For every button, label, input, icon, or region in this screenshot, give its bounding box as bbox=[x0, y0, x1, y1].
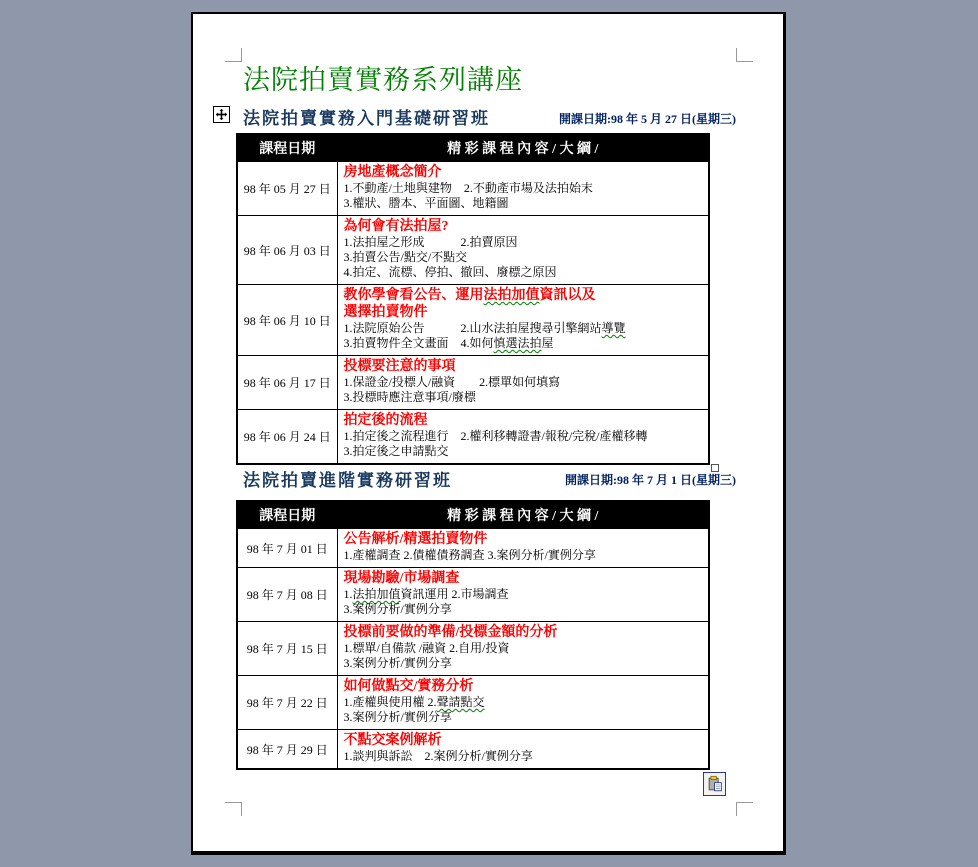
spellcheck-wavy-text: 法拍加值 bbox=[484, 288, 540, 303]
text-segment: 1.產權調查 2.債權債務調查 3.案例分析/實例分享 bbox=[344, 548, 596, 562]
margin-crop-mark-top-left bbox=[225, 48, 242, 62]
course-content: 教你學會看公告、運用法拍加值資訊以及選擇拍賣物件1.法院原始公告 2.山水法拍屋… bbox=[337, 285, 709, 356]
column-header-date: 課程日期 bbox=[237, 501, 337, 529]
course-outline-line: 3.拍賣公告/點交/不點交 bbox=[344, 250, 703, 265]
course-outline-line: 1.法拍屋之形成 2.拍賣原因 bbox=[344, 235, 703, 250]
course-date: 98 年 7 月 29 日 bbox=[237, 730, 337, 770]
course-row: 98 年 06 月 10 日教你學會看公告、運用法拍加值資訊以及選擇拍賣物件1.… bbox=[237, 285, 709, 356]
course-table-basic-wrap: 課程日期 精 彩 課 程 內 容 / 大 綱 / 98 年 05 月 27 日房… bbox=[236, 133, 710, 465]
course-row: 98 年 06 月 03 日為何會有法拍屋?1.法拍屋之形成 2.拍賣原因3.拍… bbox=[237, 216, 709, 285]
text-segment: 資訊運用 2.市場調查 bbox=[401, 587, 509, 601]
spellcheck-wavy-text: 聲請點交 bbox=[437, 695, 485, 709]
table-header-row: 課程日期 精 彩 課 程 內 容 / 大 綱 / bbox=[237, 501, 709, 529]
course-outline-line: 1.標單/自備款 /融資 2.自用/投資 bbox=[344, 641, 703, 656]
text-segment: 為何會有法拍屋? bbox=[344, 219, 449, 234]
course-date: 98 年 06 月 10 日 bbox=[237, 285, 337, 356]
table-move-handle[interactable] bbox=[213, 106, 230, 123]
course-outline-line: 3.拍賣物件全文畫面 4.如何慎選法拍屋 bbox=[344, 336, 703, 351]
column-header-content: 精 彩 課 程 內 容 / 大 綱 / bbox=[337, 501, 709, 529]
course-title: 投標前要做的準備/投標金額的分析 bbox=[344, 624, 703, 641]
course-row: 98 年 7 月 01 日公告解析/精選拍賣物件1.產權調查 2.債權債務調查 … bbox=[237, 529, 709, 568]
course-content: 公告解析/精選拍賣物件1.產權調查 2.債權債務調查 3.案例分析/實例分享 bbox=[337, 529, 709, 568]
course-date: 98 年 7 月 08 日 bbox=[237, 568, 337, 622]
section2-heading: 法院拍賣進階實務研習班 bbox=[243, 466, 452, 491]
move-cross-icon bbox=[215, 108, 228, 121]
text-segment: 不點交案例解析 bbox=[344, 733, 442, 748]
text-segment: 1.法院原始公告 2.山水法拍屋搜尋引擎網站 bbox=[344, 321, 602, 335]
text-segment: 1.不動產/土地與建物 2.不動產市場及法拍始末 bbox=[344, 181, 593, 195]
course-date: 98 年 7 月 01 日 bbox=[237, 529, 337, 568]
course-outline-line: 3.案例分析/實例分享 bbox=[344, 656, 703, 671]
text-segment: 1.拍定後之流程進行 2.權利移轉證書/報稅/完稅/產權移轉 bbox=[344, 429, 648, 443]
document-title: 法院拍賣實務系列講座 bbox=[243, 58, 523, 97]
text-segment: 教你學會看公告、運用 bbox=[344, 288, 484, 303]
table-header-row: 課程日期 精 彩 課 程 內 容 / 大 綱 / bbox=[237, 134, 709, 162]
section1-heading: 法院拍賣實務入門基礎研習班 bbox=[243, 104, 490, 129]
course-content: 為何會有法拍屋?1.法拍屋之形成 2.拍賣原因3.拍賣公告/點交/不點交4.拍定… bbox=[337, 216, 709, 285]
course-outline-line: 1.法拍加值資訊運用 2.市場調查 bbox=[344, 587, 703, 602]
text-segment: 房地產概念簡介 bbox=[344, 165, 442, 180]
text-segment: 1.標單/自備款 /融資 2.自用/投資 bbox=[344, 641, 510, 655]
course-title: 投標要注意的事項 bbox=[344, 358, 703, 375]
course-content: 投標前要做的準備/投標金額的分析1.標單/自備款 /融資 2.自用/投資3.案例… bbox=[337, 622, 709, 676]
margin-crop-mark-bottom-right bbox=[736, 802, 753, 816]
course-date: 98 年 06 月 17 日 bbox=[237, 356, 337, 410]
course-date: 98 年 7 月 22 日 bbox=[237, 676, 337, 730]
document-canvas: 法院拍賣實務系列講座 法院拍賣實務入門基礎研習班 開課日期:98 年 5 月 2… bbox=[0, 0, 978, 867]
course-table-basic: 課程日期 精 彩 課 程 內 容 / 大 綱 / 98 年 05 月 27 日房… bbox=[236, 133, 710, 465]
course-content: 投標要注意的事項1.保證金/投標人/融資 2.標單如何填寫3.投標時應注意事項/… bbox=[337, 356, 709, 410]
course-table-advanced-wrap: 課程日期 精 彩 課 程 內 容 / 大 綱 / 98 年 7 月 01 日公告… bbox=[236, 500, 710, 770]
text-segment: 1.談判與訴訟 2.案例分析/實例分享 bbox=[344, 749, 533, 763]
course-title: 如何做點交/實務分析 bbox=[344, 678, 703, 695]
course-row: 98 年 7 月 08 日現場勘驗/市場調查1.法拍加值資訊運用 2.市場調查3… bbox=[237, 568, 709, 622]
column-header-content: 精 彩 課 程 內 容 / 大 綱 / bbox=[337, 134, 709, 162]
course-title: 現場勘驗/市場調查 bbox=[344, 570, 703, 587]
course-title: 為何會有法拍屋? bbox=[344, 218, 703, 235]
spellcheck-wavy-text: 法拍加值 bbox=[353, 587, 401, 601]
course-row: 98 年 7 月 15 日投標前要做的準備/投標金額的分析1.標單/自備款 /融… bbox=[237, 622, 709, 676]
text-segment: 資訊以及 bbox=[540, 288, 596, 303]
text-segment: 3.案例分析/實例分享 bbox=[344, 602, 452, 616]
course-table-advanced: 課程日期 精 彩 課 程 內 容 / 大 綱 / 98 年 7 月 01 日公告… bbox=[236, 500, 710, 770]
text-segment: 1.產權與使用權 2. bbox=[344, 695, 437, 709]
course-row: 98 年 06 月 24 日拍定後的流程1.拍定後之流程進行 2.權利移轉證書/… bbox=[237, 410, 709, 465]
text-segment: 3.拍賣公告/點交/不點交 bbox=[344, 250, 468, 264]
course-title: 教你學會看公告、運用法拍加值資訊以及選擇拍賣物件 bbox=[344, 287, 703, 321]
course-date: 98 年 05 月 27 日 bbox=[237, 162, 337, 216]
course-row: 98 年 06 月 17 日投標要注意的事項1.保證金/投標人/融資 2.標單如… bbox=[237, 356, 709, 410]
course-content: 如何做點交/實務分析1.產權與使用權 2.聲請點交3.案例分析/實例分享 bbox=[337, 676, 709, 730]
text-segment: 3.拍定後之申請點交 bbox=[344, 444, 449, 458]
course-outline-line: 3.投標時應注意事項/廢標 bbox=[344, 390, 703, 405]
course-content: 現場勘驗/市場調查1.法拍加值資訊運用 2.市場調查3.案例分析/實例分享 bbox=[337, 568, 709, 622]
text-segment: 3.拍賣物件全文畫面 4.如何 bbox=[344, 336, 494, 350]
section1-start-date: 開課日期:98 年 5 月 27 日(星期三) bbox=[559, 110, 736, 127]
course-outline-line: 4.拍定、流標、停拍、撤回、廢標之原因 bbox=[344, 265, 703, 280]
course-outline-line: 3.案例分析/實例分享 bbox=[344, 602, 703, 617]
text-segment: 1. bbox=[344, 587, 353, 601]
spellcheck-wavy-text: 慎選法拍 bbox=[494, 336, 542, 350]
course-title: 拍定後的流程 bbox=[344, 412, 703, 429]
text-segment: 拍定後的流程 bbox=[344, 413, 428, 428]
course-content: 拍定後的流程1.拍定後之流程進行 2.權利移轉證書/報稅/完稅/產權移轉3.拍定… bbox=[337, 410, 709, 465]
course-content: 房地產概念簡介1.不動產/土地與建物 2.不動產市場及法拍始末3.權狀、謄本、平… bbox=[337, 162, 709, 216]
course-outline-line: 1.拍定後之流程進行 2.權利移轉證書/報稅/完稅/產權移轉 bbox=[344, 429, 703, 444]
course-date: 98 年 7 月 15 日 bbox=[237, 622, 337, 676]
course-content: 不點交案例解析1.談判與訴訟 2.案例分析/實例分享 bbox=[337, 730, 709, 770]
text-segment: 現場勘驗/市場調查 bbox=[344, 571, 460, 586]
course-outline-line: 3.拍定後之申請點交 bbox=[344, 444, 703, 459]
clipboard-paste-icon bbox=[706, 775, 724, 793]
text-segment: 1.法拍屋之形成 2.拍賣原因 bbox=[344, 235, 518, 249]
text-segment: 投標前要做的準備/投標金額的分析 bbox=[344, 625, 558, 640]
course-row: 98 年 7 月 29 日不點交案例解析1.談判與訴訟 2.案例分析/實例分享 bbox=[237, 730, 709, 770]
text-segment: 3.案例分析/實例分享 bbox=[344, 656, 452, 670]
text-segment: 選擇拍賣物件 bbox=[344, 305, 428, 320]
course-title: 公告解析/精選拍賣物件 bbox=[344, 531, 703, 548]
text-segment: 3.投標時應注意事項/廢標 bbox=[344, 390, 476, 404]
course-outline-line: 1.法院原始公告 2.山水法拍屋搜尋引擎網站導覽 bbox=[344, 321, 703, 336]
text-segment: 4.拍定、流標、停拍、撤回、廢標之原因 bbox=[344, 265, 557, 279]
course-outline-line: 1.不動產/土地與建物 2.不動產市場及法拍始末 bbox=[344, 181, 703, 196]
course-outline-line: 1.談判與訴訟 2.案例分析/實例分享 bbox=[344, 749, 703, 764]
course-outline-line: 1.保證金/投標人/融資 2.標單如何填寫 bbox=[344, 375, 703, 390]
section2-start-date: 開課日期:98 年 7 月 1 日(星期三) bbox=[565, 471, 736, 488]
text-segment: 3.案例分析/實例分享 bbox=[344, 710, 452, 724]
document-page: 法院拍賣實務系列講座 法院拍賣實務入門基礎研習班 開課日期:98 年 5 月 2… bbox=[191, 12, 786, 855]
margin-crop-mark-bottom-left bbox=[225, 802, 242, 816]
course-date: 98 年 06 月 24 日 bbox=[237, 410, 337, 465]
text-segment: 1.保證金/投標人/融資 2.標單如何填寫 bbox=[344, 375, 561, 389]
text-segment: 公告解析/精選拍賣物件 bbox=[344, 532, 488, 547]
course-row: 98 年 05 月 27 日房地產概念簡介1.不動產/土地與建物 2.不動產市場… bbox=[237, 162, 709, 216]
course-title: 不點交案例解析 bbox=[344, 732, 703, 749]
text-segment: 3.權狀、謄本、平面圖、地籍圖 bbox=[344, 196, 509, 210]
course-date: 98 年 06 月 03 日 bbox=[237, 216, 337, 285]
course-outline-line: 3.權狀、謄本、平面圖、地籍圖 bbox=[344, 196, 703, 211]
course-title: 房地產概念簡介 bbox=[344, 164, 703, 181]
text-segment: 如何做點交/實務分析 bbox=[344, 679, 474, 694]
course-row: 98 年 7 月 22 日如何做點交/實務分析1.產權與使用權 2.聲請點交3.… bbox=[237, 676, 709, 730]
text-segment: 屋 bbox=[542, 336, 554, 350]
column-header-date: 課程日期 bbox=[237, 134, 337, 162]
course-outline-line: 1.產權調查 2.債權債務調查 3.案例分析/實例分享 bbox=[344, 548, 703, 563]
margin-crop-mark-top-right bbox=[736, 48, 753, 62]
paste-options-button[interactable] bbox=[703, 772, 726, 796]
course-outline-line: 3.案例分析/實例分享 bbox=[344, 710, 703, 725]
spellcheck-wavy-text: 導覽 bbox=[602, 321, 626, 335]
course-outline-line: 1.產權與使用權 2.聲請點交 bbox=[344, 695, 703, 710]
text-segment: 投標要注意的事項 bbox=[344, 359, 456, 374]
